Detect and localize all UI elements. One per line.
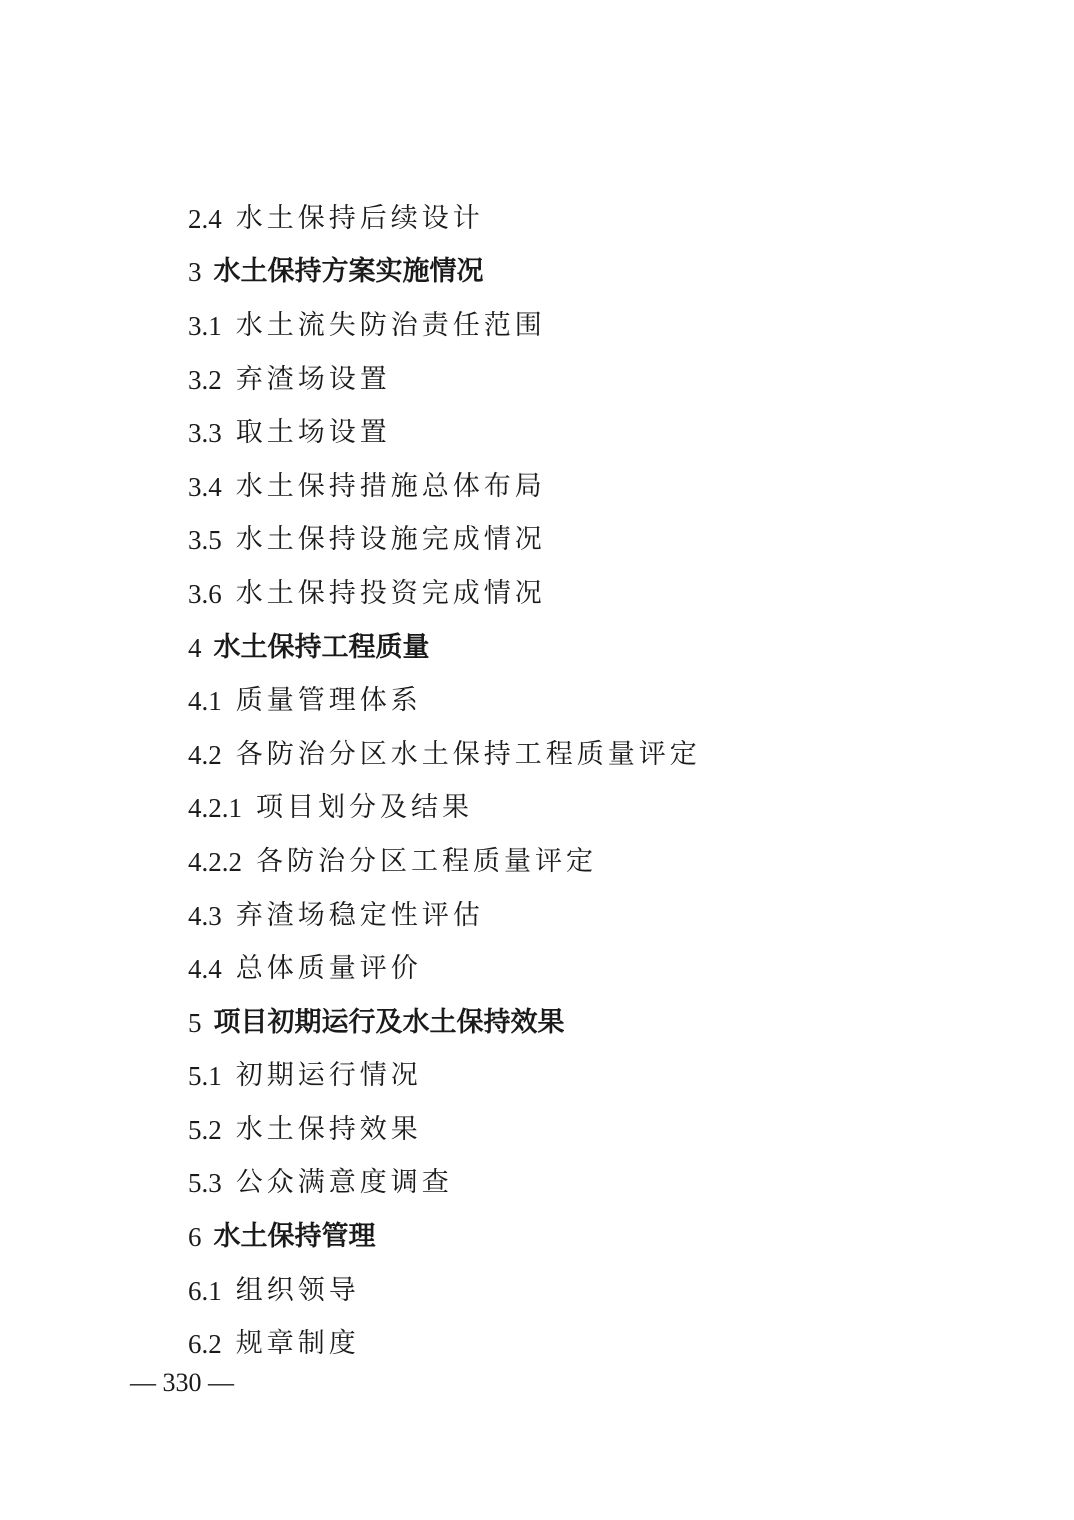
section-title: 水土保持工程质量 (214, 628, 430, 668)
toc-item-3-6: 3.6水土保持投资完成情况 (188, 567, 701, 621)
toc-item-3-3: 3.3取土场设置 (188, 406, 701, 460)
toc-item-4-2-2: 4.2.2各防治分区工程质量评定 (188, 835, 701, 889)
toc-heading-6: 6水土保持管理 (188, 1210, 701, 1264)
section-number: 6 (188, 1217, 202, 1257)
toc-item-3-1: 3.1水土流失防治责任范围 (188, 299, 701, 353)
section-number: 5.2 (188, 1110, 222, 1150)
toc-heading-4: 4水土保持工程质量 (188, 621, 701, 675)
section-number: 5.3 (188, 1163, 222, 1203)
toc-heading-5: 5项目初期运行及水土保持效果 (188, 996, 701, 1050)
section-title: 水土保持后续设计 (236, 199, 484, 239)
toc-heading-3: 3水土保持方案实施情况 (188, 246, 701, 300)
section-number: 4.2.2 (188, 842, 242, 882)
section-number: 3.1 (188, 306, 222, 346)
section-number: 4.3 (188, 896, 222, 936)
section-number: 3 (188, 252, 202, 292)
section-title: 水土保持方案实施情况 (214, 252, 484, 292)
section-title: 弃渣场稳定性评估 (236, 896, 484, 936)
section-number: 4.2.1 (188, 788, 242, 828)
section-number: 4.1 (188, 681, 222, 721)
toc-item-4-2-1: 4.2.1项目划分及结果 (188, 782, 701, 836)
toc-item-4-1: 4.1质量管理体系 (188, 674, 701, 728)
section-title: 项目划分及结果 (256, 788, 473, 828)
section-title: 各防治分区工程质量评定 (256, 842, 597, 882)
section-number: 3.4 (188, 467, 222, 507)
toc-item-4-4: 4.4总体质量评价 (188, 942, 701, 996)
section-number: 4.2 (188, 735, 222, 775)
page-number: — 330 — (130, 1368, 234, 1398)
section-title: 项目初期运行及水土保持效果 (214, 1003, 565, 1043)
section-number: 6.1 (188, 1271, 222, 1311)
toc-item-5-1: 5.1初期运行情况 (188, 1050, 701, 1104)
section-title: 水土保持效果 (236, 1110, 422, 1150)
section-title: 水土保持设施完成情况 (236, 520, 546, 560)
section-number: 4.4 (188, 949, 222, 989)
section-title: 水土保持措施总体布局 (236, 467, 546, 507)
toc-item-6-2: 6.2规章制度 (188, 1317, 701, 1371)
section-title: 各防治分区水土保持工程质量评定 (236, 735, 701, 775)
section-title: 取土场设置 (236, 413, 391, 453)
section-title: 水土保持管理 (214, 1217, 376, 1257)
section-title: 水土流失防治责任范围 (236, 306, 546, 346)
section-number: 6.2 (188, 1324, 222, 1364)
toc-item-6-1: 6.1组织领导 (188, 1264, 701, 1318)
section-title: 规章制度 (236, 1324, 360, 1364)
toc-item-2-4: 2.4水土保持后续设计 (188, 192, 701, 246)
section-title: 公众满意度调查 (236, 1163, 453, 1203)
section-number: 5 (188, 1003, 202, 1043)
section-title: 质量管理体系 (236, 681, 422, 721)
toc-item-5-3: 5.3公众满意度调查 (188, 1157, 701, 1211)
toc-item-4-3: 4.3弃渣场稳定性评估 (188, 889, 701, 943)
section-number: 3.3 (188, 413, 222, 453)
toc-item-5-2: 5.2水土保持效果 (188, 1103, 701, 1157)
section-title: 初期运行情况 (236, 1056, 422, 1096)
section-number: 3.5 (188, 520, 222, 560)
section-number: 3.6 (188, 574, 222, 614)
section-title: 组织领导 (236, 1271, 360, 1311)
section-number: 4 (188, 628, 202, 668)
table-of-contents: 2.4水土保持后续设计 3水土保持方案实施情况 3.1水土流失防治责任范围 3.… (188, 192, 701, 1371)
section-title: 弃渣场设置 (236, 360, 391, 400)
toc-item-3-5: 3.5水土保持设施完成情况 (188, 514, 701, 568)
section-number: 2.4 (188, 199, 222, 239)
toc-item-4-2: 4.2各防治分区水土保持工程质量评定 (188, 728, 701, 782)
section-number: 3.2 (188, 360, 222, 400)
toc-item-3-4: 3.4水土保持措施总体布局 (188, 460, 701, 514)
section-title: 水土保持投资完成情况 (236, 574, 546, 614)
section-title: 总体质量评价 (236, 949, 422, 989)
toc-item-3-2: 3.2弃渣场设置 (188, 353, 701, 407)
section-number: 5.1 (188, 1056, 222, 1096)
